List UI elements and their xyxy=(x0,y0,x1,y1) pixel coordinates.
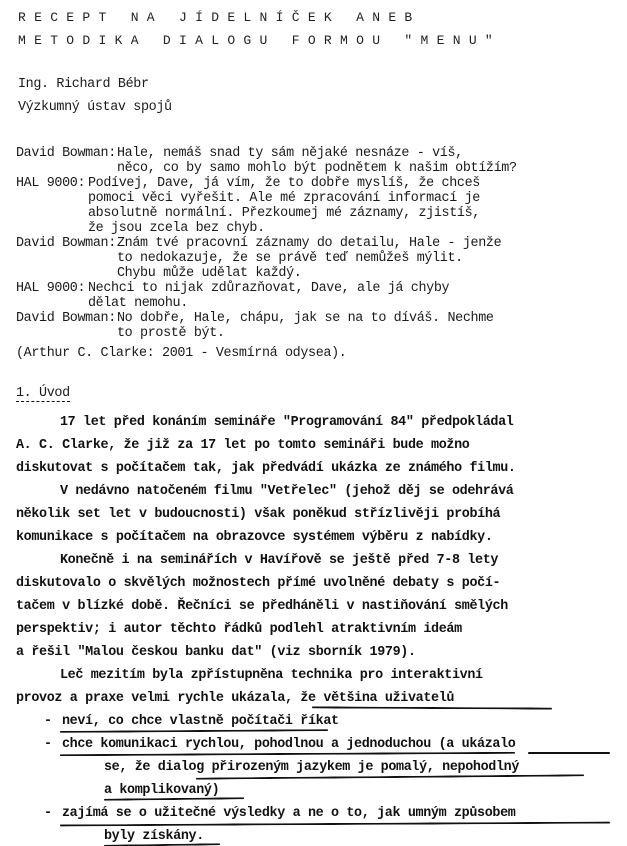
paragraph-line: A. C. Clarke, že již za 17 let po tomto … xyxy=(16,438,469,454)
title-line-1: RECEPT NA JÍDELNÍČEK ANEB xyxy=(18,10,421,26)
paragraph-line: V nedávno natočeném filmu "Vetřelec" (je… xyxy=(60,484,513,500)
bullet-text: se, že dialog přirozeným jazykem je poma… xyxy=(104,760,519,776)
author-affiliation: Výzkumný ústav spojů xyxy=(18,100,172,116)
handwritten-underline xyxy=(60,822,610,827)
dialogue-text: No dobře, Hale, chápu, jak se na to dívá… xyxy=(117,311,494,327)
dialogue-text: to nedokazuje, že se právě teď nemůžeš m… xyxy=(117,251,463,267)
paragraph-line: komunikace s počítačem na obrazovce syst… xyxy=(16,530,493,546)
bullet-text: neví, co chce vlastně počítači říkat xyxy=(62,714,339,730)
dialogue-speaker: HAL 9000: xyxy=(16,281,85,297)
handwritten-underline xyxy=(528,752,610,754)
handwritten-underline xyxy=(104,797,244,800)
dialogue-text: Podívej, Dave, já vím, že to dobře myslí… xyxy=(88,176,480,192)
title-line-2: METODIKA DIALOGU FORMOU "MENU" xyxy=(18,33,501,49)
handwritten-underline xyxy=(312,706,552,709)
dialogue-text: Hale, nemáš snad ty sám nějaké nesnáze -… xyxy=(117,146,463,162)
bullet-text: chce komunikaci rychlou, pohodlnou a jed… xyxy=(62,737,515,753)
bullet-marker: - xyxy=(44,737,52,753)
bullet-text: a komplikovaný) xyxy=(104,783,219,799)
dialogue-text: dělat nemohu. xyxy=(88,296,188,312)
dialogue-speaker: David Bowman: xyxy=(16,311,116,327)
paragraph-line: provoz a praxe velmi rychle ukázala, že … xyxy=(16,691,454,707)
dialogue-text: že jsou zcela bez chyb. xyxy=(88,221,265,237)
paragraph-line: diskutovat s počítačem tak, jak předvádí… xyxy=(16,461,516,477)
paragraph-line: tačem v blízké době. Řečníci se předháně… xyxy=(16,599,508,615)
bullet-text: zajímá se o užitečné výsledky a ne o to,… xyxy=(62,806,515,822)
bullet-text: byly získány. xyxy=(104,829,204,845)
section-heading: 1. Úvod xyxy=(16,386,70,402)
dialogue-text: Chybu může udělat každý. xyxy=(117,266,301,282)
paragraph-line: Konečně i na seminářích v Havířově se je… xyxy=(60,553,498,569)
dialogue-text: to prostě být. xyxy=(117,326,225,342)
dialogue-text: Nechci to nijak zdůrazňovat, Dave, ale j… xyxy=(88,281,449,297)
section-heading-text: 1. Úvod xyxy=(16,386,70,402)
author-name: Ing. Richard Bébr xyxy=(18,77,149,93)
citation: (Arthur C. Clarke: 2001 - Vesmírná odyse… xyxy=(16,346,347,362)
dialogue-text: absolutně normální. Přezkoumej mé záznam… xyxy=(88,206,480,222)
dialogue-speaker: David Bowman: xyxy=(16,236,116,252)
paragraph-line: a řešil "Malou českou banku dat" (viz sb… xyxy=(16,645,416,661)
dialogue-speaker: HAL 9000: xyxy=(16,176,85,192)
dialogue-text: pomoci věci vyřešit. Ale mé zpracování i… xyxy=(88,191,480,207)
bullet-marker: - xyxy=(44,714,52,730)
paragraph-line: perspektiv; i autor těchto řádků podlehl… xyxy=(16,622,462,638)
dialogue-text: Znám tvé pracovní záznamy do detailu, Ha… xyxy=(117,236,501,252)
typewritten-page: RECEPT NA JÍDELNÍČEK ANEB METODIKA DIALO… xyxy=(0,0,627,846)
bullet-marker: - xyxy=(44,806,52,822)
paragraph-line: 17 let před konáním semináře "Programová… xyxy=(60,415,513,431)
paragraph-line: Leč mezitím byla zpřístupněna technika p… xyxy=(60,668,483,684)
paragraph-line: několik set let v budoucnosti) však poně… xyxy=(16,507,500,523)
dialogue-speaker: David Bowman: xyxy=(16,146,116,162)
paragraph-line: diskutovalo o skvělých možnostech přímé … xyxy=(16,576,500,592)
dialogue-text: něco, co by samo mohlo být podnětem k na… xyxy=(117,161,517,177)
